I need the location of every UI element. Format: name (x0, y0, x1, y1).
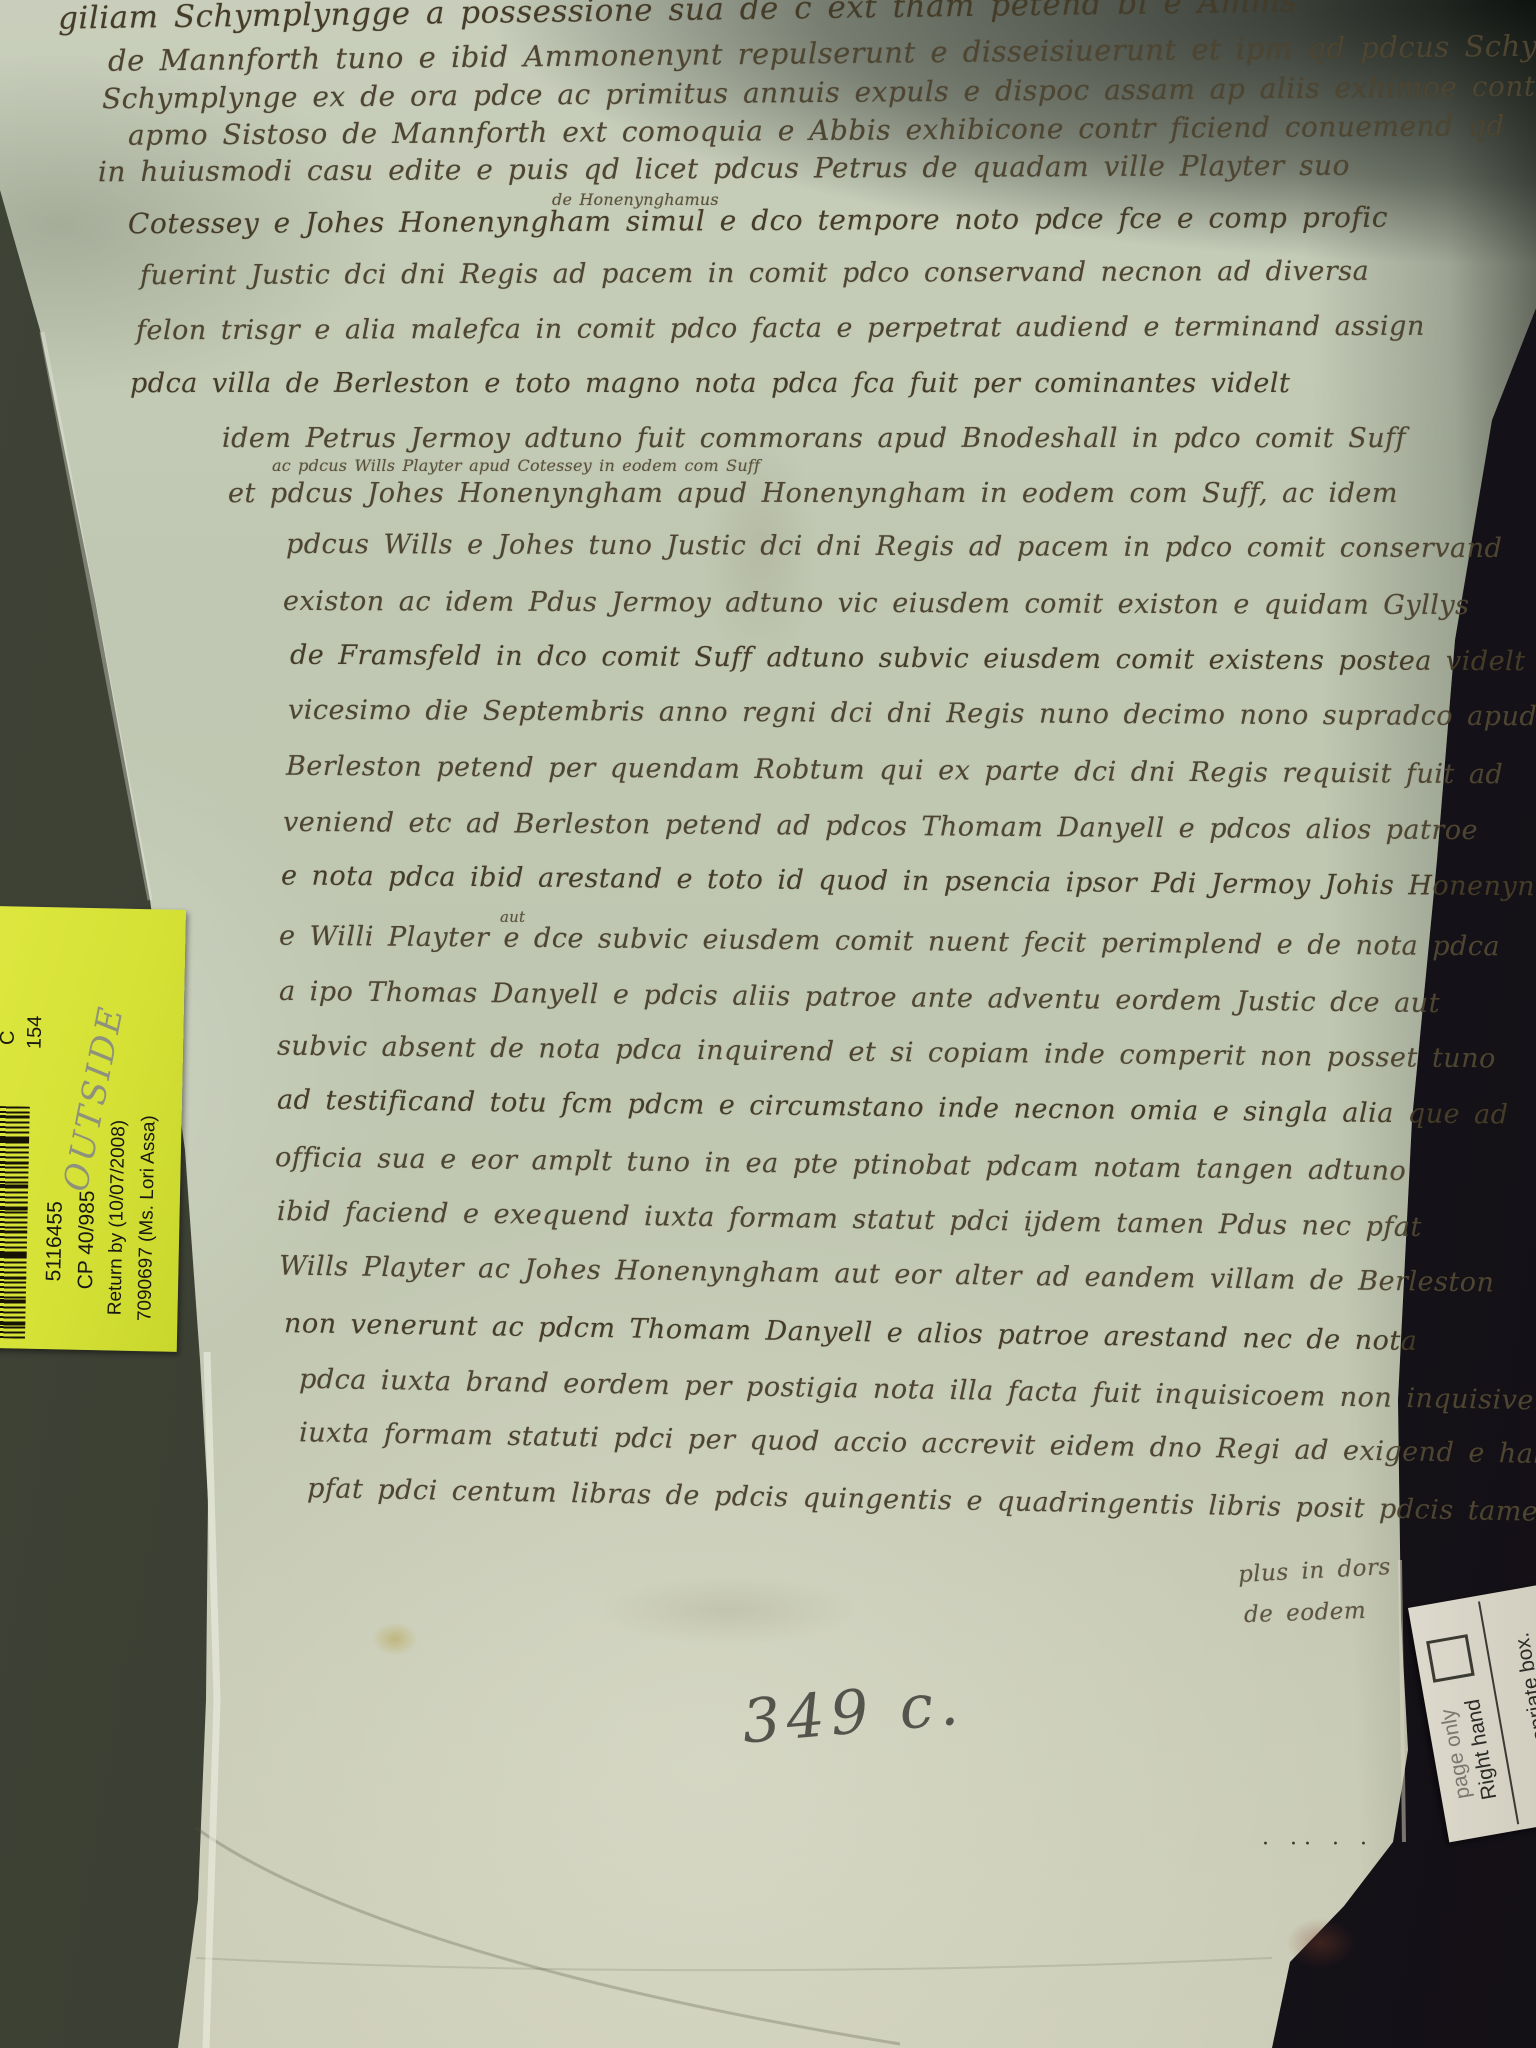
manuscript-line: felon trisgr e alia malefca in comit pdc… (136, 311, 1425, 346)
photography-instruction-label: tick the appropriate box. Right hand pag… (1408, 1578, 1536, 1842)
manuscript-line: et pdcus Johes Honenyngham apud Honenyng… (228, 478, 1398, 509)
manuscript-line: vicesimo die Septembris anno regni dci d… (288, 695, 1536, 733)
manuscript-line: existon ac idem Pdus Jermoy adtuno vic e… (283, 586, 1470, 621)
interlinear-note: ac pdcus Wills Playter apud Cotessey in … (272, 456, 760, 475)
manuscript-line: pdcus Wills e Johes tuno Justic dci dni … (286, 529, 1502, 564)
manuscript-line: in huiusmodi casu edite e puis qd licet … (98, 149, 1350, 189)
dorse-note-line2: de eodem (1244, 1598, 1367, 1628)
ink-dots: · ·· · · (1262, 1832, 1374, 1857)
label-order-info: 7090697 (Ms. Lori Assa) (133, 1068, 161, 1368)
label-reference: CP 40/985 (72, 1090, 102, 1390)
archive-barcode-label: C 154 OUTSIDE 5116455 CP 40/985 Return b… (0, 906, 186, 1352)
instruction-text: appropriate box. (1503, 1587, 1536, 1828)
manuscript-line: de Framsfeld in dco comit Suff adtuno su… (290, 640, 1526, 677)
manuscript-line: fuerint Justic dci dni Regis ad pacem in… (140, 256, 1369, 291)
manuscript-photo: giliam Schymplyngge a possessione sua de… (0, 0, 1536, 2048)
label-item-number: 5116455 (40, 1091, 70, 1391)
manuscript-line: Cotessey e Johes Honenyngham simul e dco… (128, 201, 1388, 241)
manuscript-line: idem Petrus Jermoy adtuno fuit commorans… (222, 423, 1406, 454)
manuscript-line: pdca villa de Berleston e toto magno not… (130, 368, 1290, 399)
